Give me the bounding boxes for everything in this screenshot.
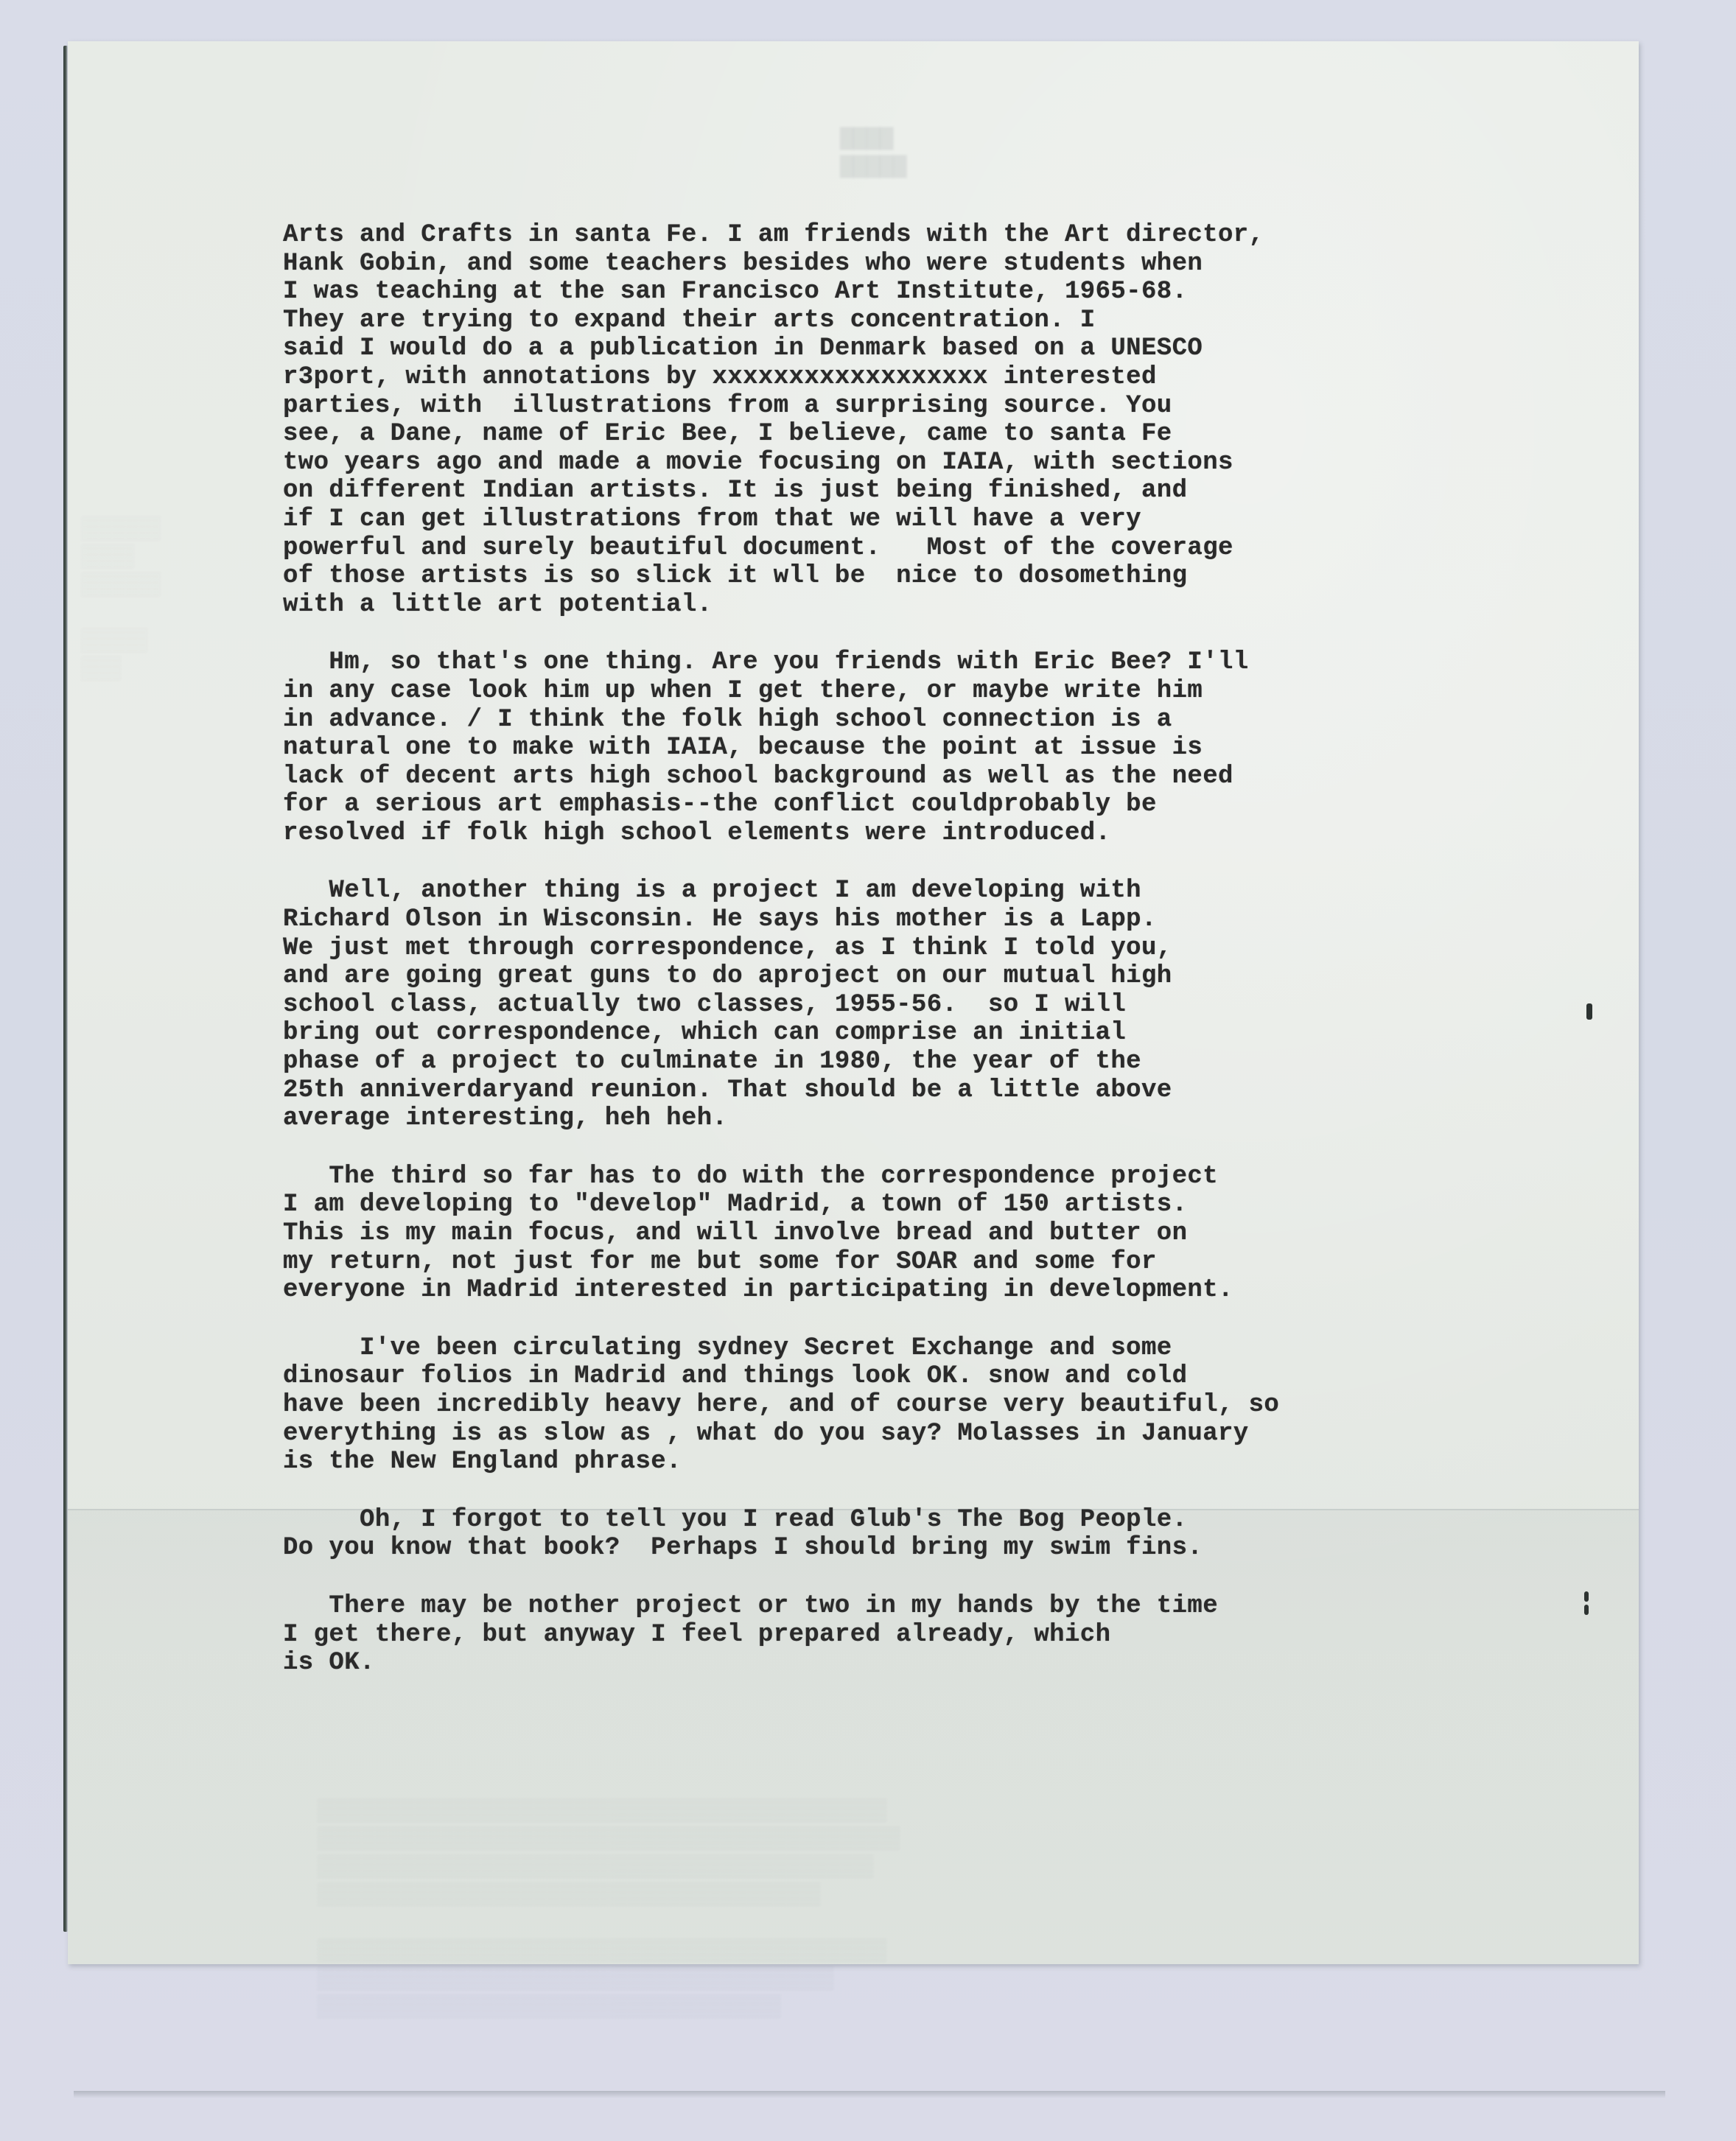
text-line: dinosaur folios in Madrid and things loo… (283, 1362, 1536, 1391)
paragraph-richard-olson: Well, another thing is a project I am de… (283, 877, 1536, 1132)
text-line: Hm, so that's one thing. Are you friends… (283, 648, 1536, 677)
paragraph-circulating: I've been circulating sydney Secret Exch… (283, 1334, 1536, 1476)
text-line: Well, another thing is a project I am de… (283, 877, 1536, 905)
text-line: There may be nother project or two in my… (283, 1592, 1536, 1621)
ink-mark (1584, 1591, 1589, 1602)
text-line: I've been circulating sydney Secret Exch… (283, 1334, 1536, 1363)
text-line: This is my main focus, and will involve … (283, 1219, 1536, 1248)
text-line: and are going great guns to do aproject … (283, 962, 1536, 991)
paper-bottom-edge (74, 2091, 1665, 2098)
text-line: on different Indian artists. It is just … (283, 477, 1536, 505)
text-line: for a serious art emphasis--the conflict… (283, 791, 1536, 819)
paragraph-bog-people: Oh, I forgot to tell you I read Glub's T… (283, 1506, 1536, 1563)
text-line: everyone in Madrid interested in partici… (283, 1276, 1536, 1305)
paragraph-eric-bee: Hm, so that's one thing. Are you friends… (283, 648, 1536, 847)
text-line: The third so far has to do with the corr… (283, 1163, 1536, 1191)
text-line: have been incredibly heavy here, and of … (283, 1391, 1536, 1420)
text-line: see, a Dane, name of Eric Bee, I believe… (283, 420, 1536, 449)
text-line: Do you know that book? Perhaps I should … (283, 1534, 1536, 1563)
text-line: bring out correspondence, which can comp… (283, 1019, 1536, 1048)
text-line: of those artists is so slick it wll be n… (283, 562, 1536, 591)
text-line: is the New England phrase. (283, 1448, 1536, 1476)
text-line: said I would do a a publication in Denma… (283, 334, 1536, 363)
text-line: I get there, but anyway I feel prepared … (283, 1621, 1536, 1650)
text-line: lack of decent arts high school backgrou… (283, 763, 1536, 791)
text-line: two years ago and made a movie focusing … (283, 449, 1536, 477)
text-line: Arts and Crafts in santa Fe. I am friend… (283, 221, 1536, 250)
text-line: Hank Gobin, and some teachers besides wh… (283, 250, 1536, 278)
paragraph-madrid-project: The third so far has to do with the corr… (283, 1163, 1536, 1305)
text-line: I am developing to "develop" Madrid, a t… (283, 1191, 1536, 1219)
letter-body: Arts and Crafts in santa Fe. I am friend… (283, 221, 1536, 1678)
text-line: school class, actually two classes, 1955… (283, 991, 1536, 1020)
text-line: if I can get illustrations from that we … (283, 505, 1536, 534)
text-line: 25th anniverdaryand reunion. That should… (283, 1076, 1536, 1105)
text-line: powerful and surely beautiful document. … (283, 534, 1536, 563)
text-line: natural one to make with IAIA, because t… (283, 734, 1536, 763)
text-line: parties, with illustrations from a surpr… (283, 392, 1536, 421)
text-line: with a little art potential. (283, 591, 1536, 620)
text-line: We just met through correspondence, as I… (283, 934, 1536, 963)
text-line: in any case look him up when I get there… (283, 677, 1536, 706)
text-line: I was teaching at the san Francisco Art … (283, 278, 1536, 306)
ink-mark (1586, 1003, 1592, 1020)
text-line: phase of a project to culminate in 1980,… (283, 1048, 1536, 1076)
ink-mark (1584, 1605, 1589, 1615)
paragraph-closing: There may be nother project or two in my… (283, 1592, 1536, 1678)
text-line: Oh, I forgot to tell you I read Glub's T… (283, 1506, 1536, 1535)
text-line: r3port, with annotations by xxxxxxxxxxxx… (283, 363, 1536, 392)
text-line: in advance. / I think the folk high scho… (283, 706, 1536, 735)
text-line: is OK. (283, 1649, 1536, 1678)
text-line: Richard Olson in Wisconsin. He says his … (283, 905, 1536, 934)
paragraph-arts-and-crafts: Arts and Crafts in santa Fe. I am friend… (283, 221, 1536, 619)
text-line: They are trying to expand their arts con… (283, 306, 1536, 335)
text-line: everything is as slow as , what do you s… (283, 1420, 1536, 1448)
text-line: average interesting, heh heh. (283, 1104, 1536, 1133)
text-line: my return, not just for me but some for … (283, 1248, 1536, 1277)
text-line: resolved if folk high school elements we… (283, 819, 1536, 848)
